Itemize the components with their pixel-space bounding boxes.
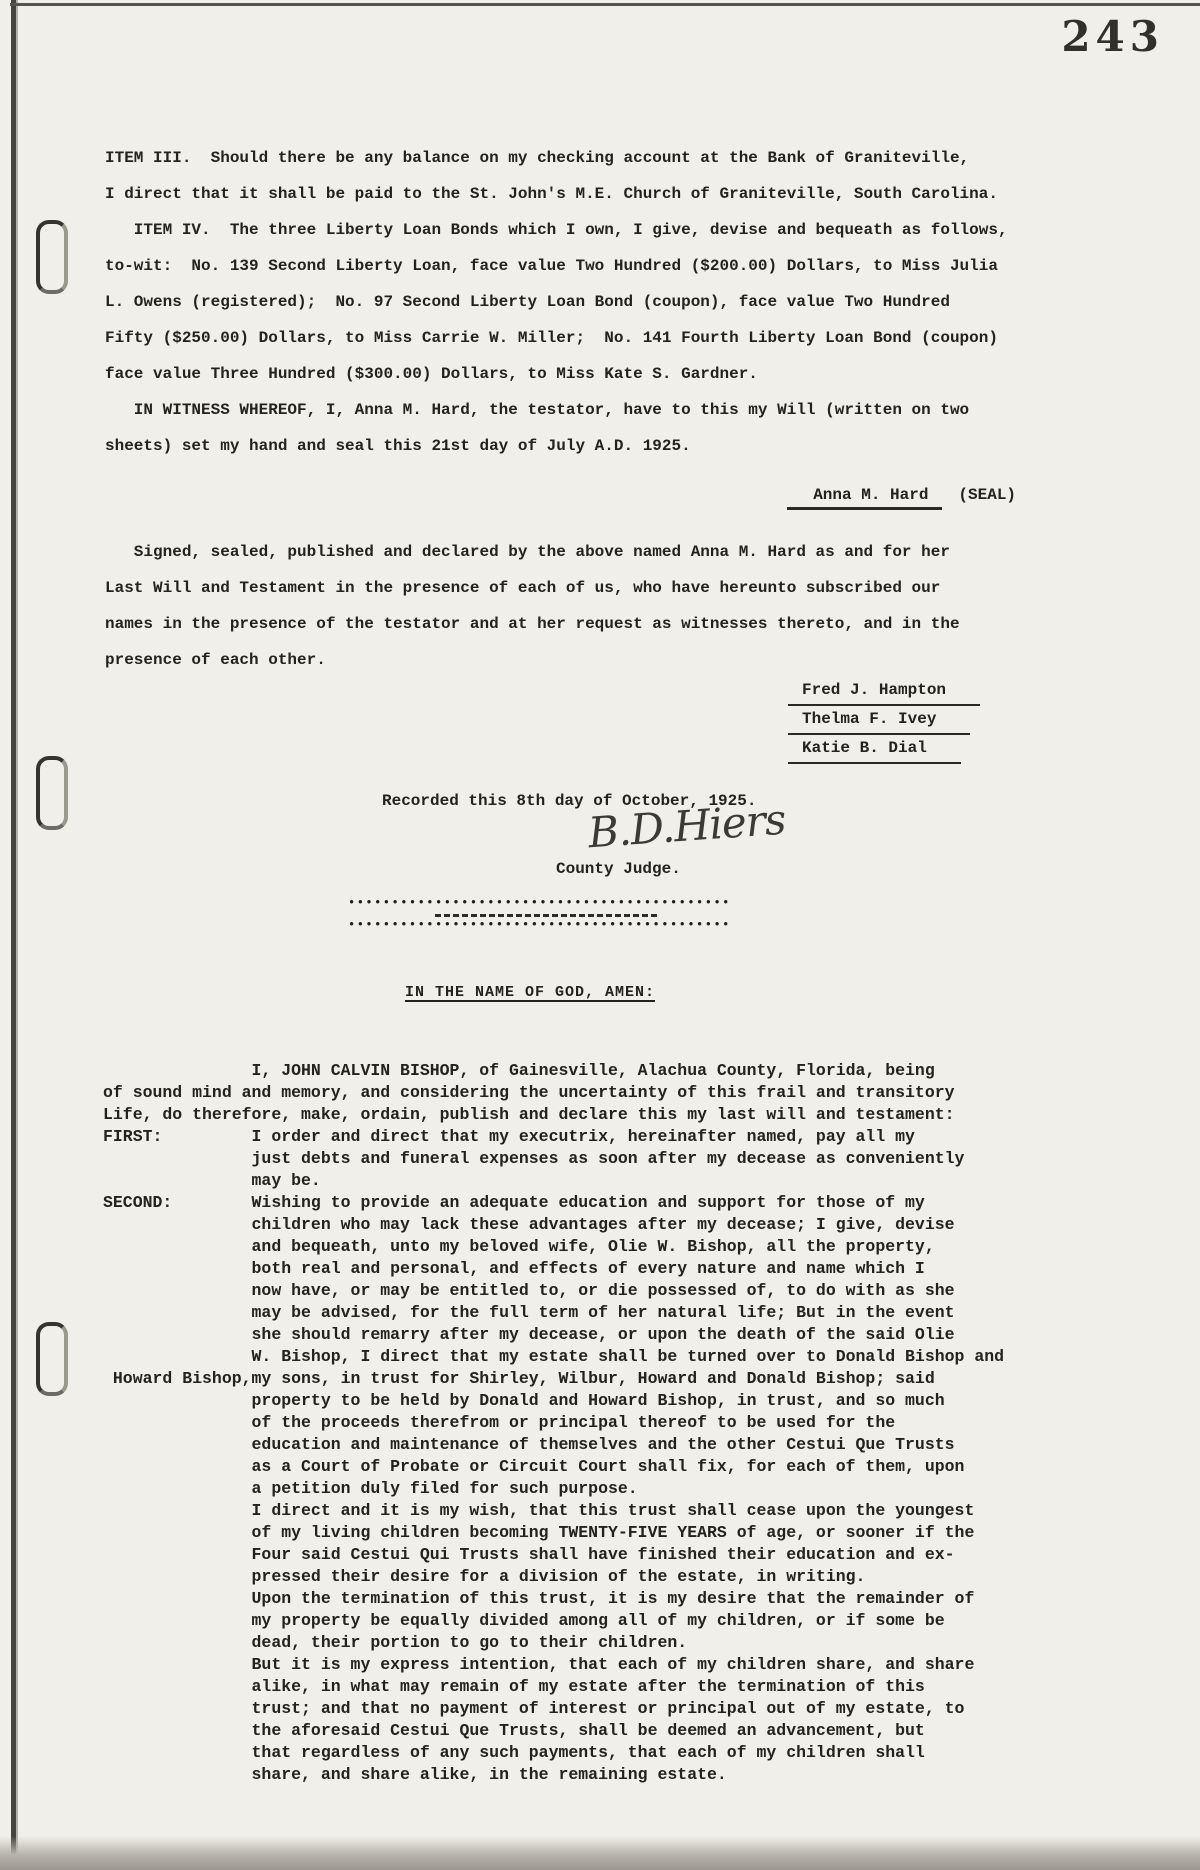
witness-name: Fred J. Hampton <box>788 678 980 706</box>
text-line: a petition duly filed for such purpose. <box>103 1478 1004 1500</box>
text-line: now have, or may be entitled to, or die … <box>103 1280 1004 1302</box>
text-line: pressed their desire for a division of t… <box>103 1566 1004 1588</box>
text-line: Last Will and Testament in the presence … <box>105 570 960 606</box>
text-line: of the proceeds therefrom or principal t… <box>103 1412 1004 1434</box>
text-line: IN WITNESS WHEREOF, I, Anna M. Hard, the… <box>105 392 1008 428</box>
text-line: Upon the termination of this trust, it i… <box>103 1588 1004 1610</box>
text-line: sheets) set my hand and seal this 21st d… <box>105 428 1008 464</box>
text-line: FIRST: I order and direct that my execut… <box>103 1126 1004 1148</box>
text-line: SECOND: Wishing to provide an adequate e… <box>103 1192 1004 1214</box>
text-line: children who may lack these advantages a… <box>103 1214 1004 1236</box>
witness-signature: Thelma F. Ivey <box>788 707 980 736</box>
text-line: that regardless of any such payments, th… <box>103 1742 1004 1764</box>
text-line: W. Bishop, I direct that my estate shall… <box>103 1346 1004 1368</box>
text-line: Signed, sealed, published and declared b… <box>105 534 960 570</box>
binder-hole <box>36 220 68 294</box>
text-line: property to be held by Donald and Howard… <box>103 1390 1004 1412</box>
judge-title: County Judge. <box>556 860 681 878</box>
text-line: the aforesaid Cestui Que Trusts, shall b… <box>103 1720 1004 1742</box>
scan-edge-bottom <box>0 1836 1200 1870</box>
text-line: alike, in what may remain of my estate a… <box>103 1676 1004 1698</box>
text-line: ITEM III. Should there be any balance on… <box>105 140 1008 176</box>
text-line: share, and share alike, in the remaining… <box>103 1764 1004 1786</box>
text-line: education and maintenance of themselves … <box>103 1434 1004 1456</box>
text-line: ITEM IV. The three Liberty Loan Bonds wh… <box>105 212 1008 248</box>
witness-name: Thelma F. Ivey <box>788 707 970 735</box>
text-line: just debts and funeral expenses as soon … <box>103 1148 1004 1170</box>
text-line: she should remarry after my decease, or … <box>103 1324 1004 1346</box>
attestation-clause: Signed, sealed, published and declared b… <box>105 534 960 678</box>
text-line: presence of each other. <box>105 642 960 678</box>
text-line: Life, do therefore, make, ordain, publis… <box>103 1104 1004 1126</box>
text-line: may be advised, for the full term of her… <box>103 1302 1004 1324</box>
scan-edge-top <box>10 3 1200 6</box>
text-line: But it is my express intention, that eac… <box>103 1654 1004 1676</box>
text-line: face value Three Hundred ($300.00) Dolla… <box>105 356 1008 392</box>
text-line: L. Owens (registered); No. 97 Second Lib… <box>105 284 1008 320</box>
text-line: of my living children becoming TWENTY-FI… <box>103 1522 1004 1544</box>
separator-dashes <box>435 914 657 917</box>
witness-signature: Fred J. Hampton <box>788 678 980 707</box>
text-line: to-wit: No. 139 Second Liberty Loan, fac… <box>105 248 1008 284</box>
witness-signatures: Fred J. Hampton Thelma F. Ivey Katie B. … <box>788 678 980 765</box>
separator-dots: ••••••••••••••••••••••••••••••••••••••••… <box>348 896 748 910</box>
separator-dots: ••••••••••••••••••••••••••••••••••••••••… <box>348 918 748 932</box>
text-line: may be. <box>103 1170 1004 1192</box>
text-line: dead, their portion to go to their child… <box>103 1632 1004 1654</box>
text-line: I, JOHN CALVIN BISHOP, of Gainesville, A… <box>103 1060 1004 1082</box>
text-line: Fifty ($250.00) Dollars, to Miss Carrie … <box>105 320 1008 356</box>
text-line: names in the presence of the testator an… <box>105 606 960 642</box>
text-line: I direct that it shall be paid to the St… <box>105 176 1008 212</box>
text-line: and bequeath, unto my beloved wife, Olie… <box>103 1236 1004 1258</box>
witness-signature: Katie B. Dial <box>788 736 980 765</box>
text-line: Four said Cestui Qui Trusts shall have f… <box>103 1544 1004 1566</box>
binder-hole <box>36 756 68 830</box>
seal-label: (SEAL) <box>958 486 1016 504</box>
text-line: both real and personal, and effects of e… <box>103 1258 1004 1280</box>
bishop-will-heading: IN THE NAME OF GOD, AMEN: <box>300 984 760 1001</box>
hard-will-body: ITEM III. Should there be any balance on… <box>105 140 1008 464</box>
text-line: my property be equally divided among all… <box>103 1610 1004 1632</box>
testator-signature-name: Anna M. Hard <box>787 486 942 510</box>
bishop-will-body: I, JOHN CALVIN BISHOP, of Gainesville, A… <box>103 1060 1004 1786</box>
testator-signature-row: Anna M. Hard(SEAL) <box>768 468 1016 510</box>
text-line: as a Court of Probate or Circuit Court s… <box>103 1456 1004 1478</box>
text-line: I direct and it is my wish, that this tr… <box>103 1500 1004 1522</box>
text-line: Howard Bishop,my sons, in trust for Shir… <box>103 1368 1004 1390</box>
text-line: trust; and that no payment of interest o… <box>103 1698 1004 1720</box>
witness-name: Katie B. Dial <box>788 736 961 764</box>
binder-hole <box>36 1322 68 1396</box>
scan-edge-left-shadow <box>16 0 18 1870</box>
page-number: 243 <box>1061 12 1164 61</box>
text-line: of sound mind and memory, and considerin… <box>103 1082 1004 1104</box>
